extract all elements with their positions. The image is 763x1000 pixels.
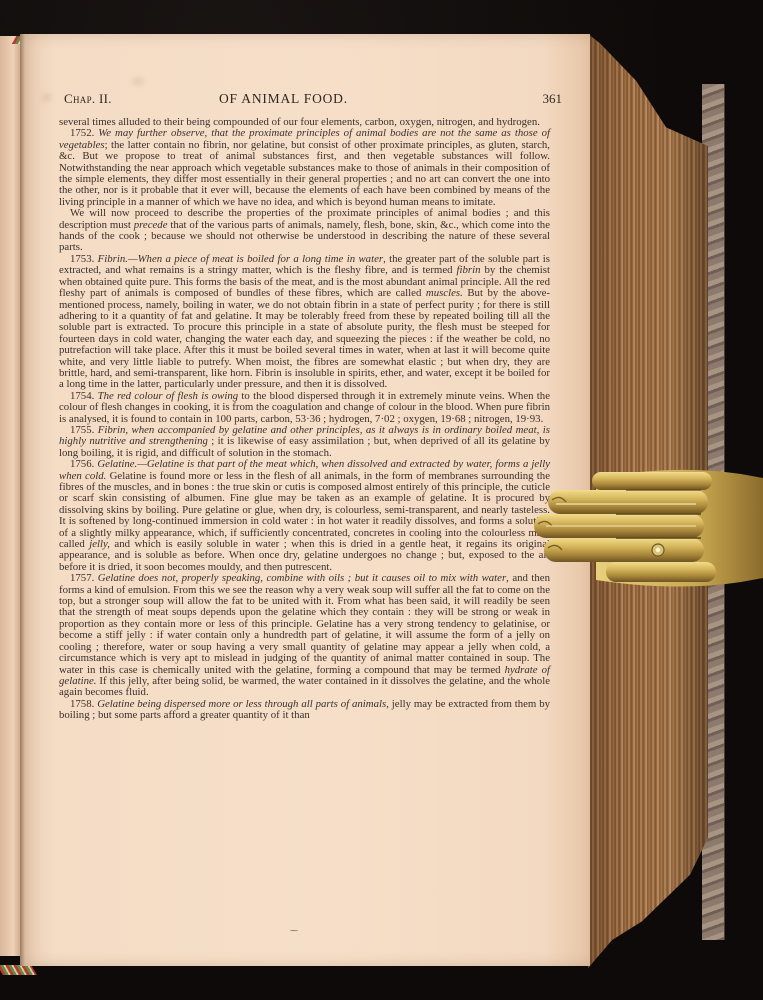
body-text: several times alluded to their being com…: [59, 117, 550, 722]
paragraph-number: 1753.: [70, 253, 98, 265]
paragraph-text: , and then forms a kind of emulsion. Fro…: [59, 572, 550, 675]
foxing-spot: [42, 94, 52, 101]
italic-word: fibrin: [457, 264, 481, 276]
running-head: Chap. II. OF ANIMAL FOOD. 361: [64, 91, 514, 109]
paragraph-text: If this jelly, after being solid, be war…: [59, 675, 550, 698]
printer-mark: ⁓: [290, 926, 298, 935]
book-page: Chap. II. OF ANIMAL FOOD. 361 several ti…: [20, 34, 590, 966]
paragraph-text: But by the above-mentioned process, name…: [59, 287, 550, 390]
paragraph-1753: 1753. Fibrin.—When a piece of meat is bo…: [59, 254, 550, 391]
brass-hand-icon: [526, 460, 763, 592]
paragraph-1754: 1754. The red colour of flesh is owing t…: [59, 391, 550, 425]
paragraph-proceed: We will now proceed to describe the prop…: [59, 208, 550, 254]
italic-lead: Gelatine being dispersed more or less th…: [97, 698, 386, 710]
italic-lead: Fibrin.—When a piece of meat is boiled f…: [98, 253, 383, 265]
italic-word: precede: [134, 219, 168, 231]
running-title: OF ANIMAL FOOD.: [219, 91, 348, 107]
paragraph-number: 1757.: [70, 572, 98, 584]
gutter-shadow: [20, 34, 25, 966]
paragraph-1755: 1755. Fibrin, when accompanied by gelati…: [59, 425, 550, 459]
paragraph-1757: 1757. Gelatine does not, properly speaki…: [59, 573, 550, 698]
italic-lead: Gelatine does not, properly speaking, co…: [98, 572, 506, 584]
paragraph-number: 1756.: [70, 458, 97, 470]
italic-lead: The red colour of flesh is owing: [98, 390, 239, 402]
paragraph-text: ; the latter contain no fibrin, nor gela…: [59, 139, 550, 208]
headband-bottom: [0, 965, 37, 975]
italic-word: muscles.: [426, 287, 463, 299]
foxing-spot: [132, 78, 144, 85]
paragraph-number: 1755.: [70, 424, 98, 436]
previous-page-edge: [0, 36, 23, 956]
page-number: 361: [543, 91, 563, 107]
paragraph-1756: 1756. Gelatine.—Gelatine is that part of…: [59, 459, 550, 573]
paragraph-text: and which is easily soluble in water ; w…: [59, 538, 550, 573]
paragraph-number: 1754.: [70, 390, 98, 402]
paragraph-1752: 1752. We may further observe, that the p…: [59, 128, 550, 208]
paragraph-text: several times alluded to their being com…: [59, 116, 540, 128]
paragraph-number: 1752.: [70, 127, 98, 139]
paragraph-1758: 1758. Gelatine being dispersed more or l…: [59, 699, 550, 722]
italic-word: jelly,: [89, 538, 110, 550]
paragraph-number: 1758.: [70, 698, 97, 710]
chapter-label: Chap. II.: [64, 91, 112, 107]
